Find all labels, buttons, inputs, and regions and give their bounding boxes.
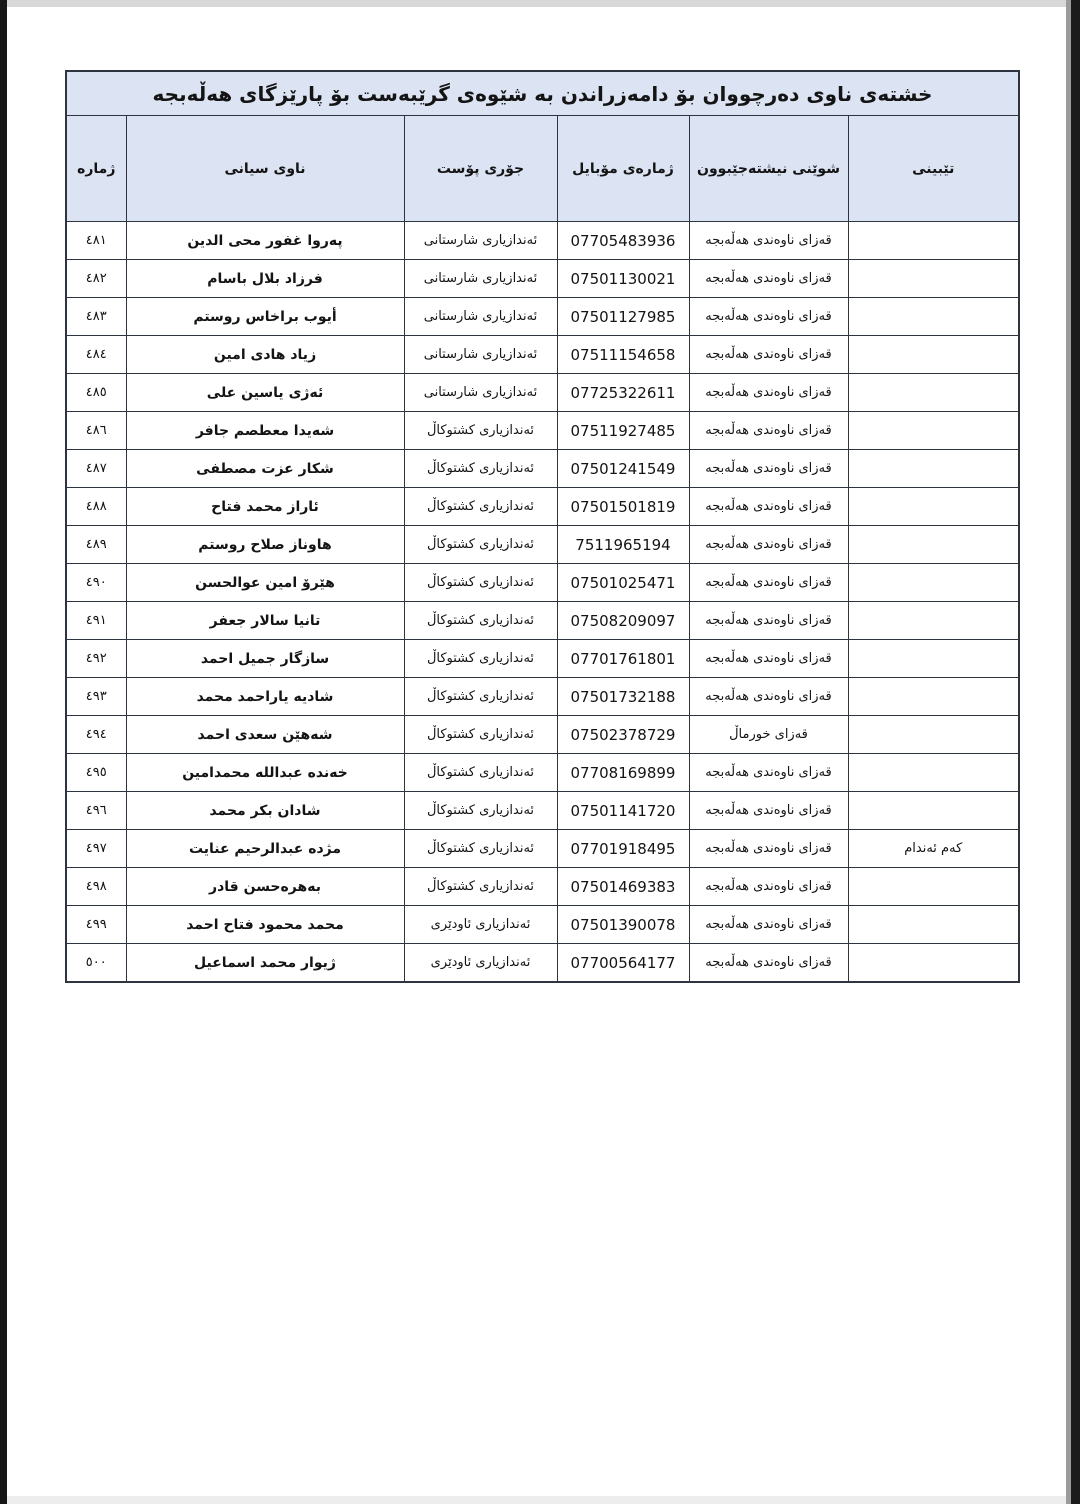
table-row: ٤٩٣ شادیه یاراحمد محمد ئەندازیاری کشتوکا… xyxy=(66,678,1019,716)
page-edge-top xyxy=(0,0,1080,7)
cell-mobile: 07701918495 xyxy=(557,830,689,868)
header-number: ژماره xyxy=(66,116,126,222)
cell-full-name: شادان بکر محمد xyxy=(126,792,404,830)
cell-number: ٤٩١ xyxy=(66,602,126,640)
cell-post-type: ئەندازیاری کشتوکاڵ xyxy=(404,602,557,640)
cell-residence: قەزای ناوەندی هەڵەبجە xyxy=(689,754,848,792)
document-sheet: خشتەی ناوی دەرچووان بۆ دامەزراندن بە شێو… xyxy=(65,70,1018,983)
cell-residence: قەزای ناوەندی هەڵەبجە xyxy=(689,792,848,830)
header-residence: شوێنی نیشتەجێبوون xyxy=(689,116,848,222)
cell-mobile: 7511965194 xyxy=(557,526,689,564)
cell-post-type: ئەندازیاری ئاودێری xyxy=(404,906,557,944)
table-row: ٤٩٨ بەهرەحسن قادر ئەندازیاری کشتوکاڵ 075… xyxy=(66,868,1019,906)
cell-number: ٤٩٩ xyxy=(66,906,126,944)
header-notes: تێبینی xyxy=(848,116,1019,222)
cell-residence: قەزای ناوەندی هەڵەبجە xyxy=(689,830,848,868)
cell-post-type: ئەندازیاری کشتوکاڵ xyxy=(404,792,557,830)
cell-number: ٤٩٧ xyxy=(66,830,126,868)
page-edge-right xyxy=(1071,0,1080,1504)
cell-residence: قەزای ناوەندی هەڵەبجە xyxy=(689,450,848,488)
cell-full-name: شادیه یاراحمد محمد xyxy=(126,678,404,716)
cell-mobile: 07725322611 xyxy=(557,374,689,412)
cell-full-name: ئاراز محمد فتاح xyxy=(126,488,404,526)
header-post-type: جۆری پۆست xyxy=(404,116,557,222)
cell-full-name: هێرۆ امین عوالحسن xyxy=(126,564,404,602)
page-edge-left xyxy=(0,0,7,1504)
cell-post-type: ئەندازیاری کشتوکاڵ xyxy=(404,754,557,792)
cell-note: کەم ئەندام xyxy=(848,830,1019,868)
table-row: ٤٩٢ سازگار جمیل احمد ئەندازیاری کشتوکاڵ … xyxy=(66,640,1019,678)
cell-note xyxy=(848,640,1019,678)
cell-note xyxy=(848,222,1019,260)
cell-post-type: ئەندازیاری شارستانی xyxy=(404,298,557,336)
cell-residence: قەزای ناوەندی هەڵەبجە xyxy=(689,944,848,983)
cell-number: ٤٨٣ xyxy=(66,298,126,336)
table-title: خشتەی ناوی دەرچووان بۆ دامەزراندن بە شێو… xyxy=(66,71,1019,116)
cell-post-type: ئەندازیاری کشتوکاڵ xyxy=(404,678,557,716)
cell-post-type: ئەندازیاری شارستانی xyxy=(404,222,557,260)
cell-residence: قەزای خورماڵ xyxy=(689,716,848,754)
cell-note xyxy=(848,754,1019,792)
table-row: ٤٨٥ ئەژی یاسین علی ئەندازیاری شارستانی 0… xyxy=(66,374,1019,412)
cell-residence: قەزای ناوەندی هەڵەبجە xyxy=(689,298,848,336)
cell-residence: قەزای ناوەندی هەڵەبجە xyxy=(689,374,848,412)
table-row: ٤٨٨ ئاراز محمد فتاح ئەندازیاری کشتوکاڵ 0… xyxy=(66,488,1019,526)
cell-post-type: ئەندازیاری شارستانی xyxy=(404,374,557,412)
table-row: ٤٨٤ زیاد هادی امین ئەندازیاری شارستانی 0… xyxy=(66,336,1019,374)
cell-mobile: 07501732188 xyxy=(557,678,689,716)
table-row: ٤٩٩ محمد محمود فتاح احمد ئەندازیاری ئاود… xyxy=(66,906,1019,944)
cell-residence: قەزای ناوەندی هەڵەبجە xyxy=(689,412,848,450)
cell-number: ٤٨٢ xyxy=(66,260,126,298)
cell-mobile: 07501390078 xyxy=(557,906,689,944)
table-row: ٤٩٠ هێرۆ امین عوالحسن ئەندازیاری کشتوکاڵ… xyxy=(66,564,1019,602)
cell-mobile: 07501127985 xyxy=(557,298,689,336)
cell-residence: قەزای ناوەندی هەڵەبجە xyxy=(689,222,848,260)
cell-number: ٤٩٣ xyxy=(66,678,126,716)
cell-post-type: ئەندازیاری شارستانی xyxy=(404,260,557,298)
cell-residence: قەزای ناوەندی هەڵەبجە xyxy=(689,260,848,298)
cell-number: ٤٩٦ xyxy=(66,792,126,830)
cell-note xyxy=(848,906,1019,944)
cell-note xyxy=(848,450,1019,488)
cell-post-type: ئەندازیاری کشتوکاڵ xyxy=(404,412,557,450)
cell-note xyxy=(848,298,1019,336)
cell-mobile: 07701761801 xyxy=(557,640,689,678)
cell-note xyxy=(848,868,1019,906)
cell-post-type: ئەندازیاری کشتوکاڵ xyxy=(404,640,557,678)
cell-number: ٤٨٧ xyxy=(66,450,126,488)
cell-residence: قەزای ناوەندی هەڵەبجە xyxy=(689,906,848,944)
cell-post-type: ئەندازیاری کشتوکاڵ xyxy=(404,450,557,488)
cell-number: ٤٨٩ xyxy=(66,526,126,564)
cell-full-name: زیاد هادی امین xyxy=(126,336,404,374)
cell-number: ٤٩٢ xyxy=(66,640,126,678)
header-mobile: ژمارەی مۆبایل xyxy=(557,116,689,222)
cell-note xyxy=(848,678,1019,716)
cell-note xyxy=(848,526,1019,564)
cell-full-name: شکار عزت مصطفی xyxy=(126,450,404,488)
cell-mobile: 07501025471 xyxy=(557,564,689,602)
table-body: ٤٨١ پەروا غفور محی الدین ئەندازیاری شارس… xyxy=(66,222,1019,983)
graduates-contract-table: خشتەی ناوی دەرچووان بۆ دامەزراندن بە شێو… xyxy=(65,70,1020,983)
cell-number: ٤٨٥ xyxy=(66,374,126,412)
table-row: ٥٠٠ ژیوار محمد اسماعیل ئەندازیاری ئاودێر… xyxy=(66,944,1019,983)
cell-note xyxy=(848,564,1019,602)
cell-post-type: ئەندازیاری ئاودێری xyxy=(404,944,557,983)
cell-mobile: 07511154658 xyxy=(557,336,689,374)
table-row: ٤٨٢ فرزاد بلال باسام ئەندازیاری شارستانی… xyxy=(66,260,1019,298)
cell-number: ٤٨٦ xyxy=(66,412,126,450)
cell-mobile: 07508209097 xyxy=(557,602,689,640)
table-row: ٤٩٥ خەنده عبدالله محمدامین ئەندازیاری کش… xyxy=(66,754,1019,792)
cell-full-name: ئەژی یاسین علی xyxy=(126,374,404,412)
cell-full-name: سازگار جمیل احمد xyxy=(126,640,404,678)
cell-note xyxy=(848,374,1019,412)
cell-post-type: ئەندازیاری کشتوکاڵ xyxy=(404,868,557,906)
cell-mobile: 07705483936 xyxy=(557,222,689,260)
cell-mobile: 07708169899 xyxy=(557,754,689,792)
cell-number: ٤٨٨ xyxy=(66,488,126,526)
cell-number: ٤٩٥ xyxy=(66,754,126,792)
cell-note xyxy=(848,260,1019,298)
cell-note xyxy=(848,412,1019,450)
table-row: ٤٨٦ شەیدا معطصم جافر ئەندازیاری کشتوکاڵ … xyxy=(66,412,1019,450)
cell-post-type: ئەندازیاری کشتوکاڵ xyxy=(404,564,557,602)
table-row: ٤٩٦ شادان بکر محمد ئەندازیاری کشتوکاڵ 07… xyxy=(66,792,1019,830)
cell-residence: قەزای ناوەندی هەڵەبجە xyxy=(689,602,848,640)
cell-full-name: خەنده عبدالله محمدامین xyxy=(126,754,404,792)
table-row: ٤٨١ پەروا غفور محی الدین ئەندازیاری شارس… xyxy=(66,222,1019,260)
cell-number: ٤٨٤ xyxy=(66,336,126,374)
cell-post-type: ئەندازیاری کشتوکاڵ xyxy=(404,488,557,526)
cell-note xyxy=(848,944,1019,983)
cell-note xyxy=(848,488,1019,526)
cell-number: ٤٩٠ xyxy=(66,564,126,602)
cell-residence: قەزای ناوەندی هەڵەبجە xyxy=(689,488,848,526)
cell-mobile: 07501130021 xyxy=(557,260,689,298)
cell-post-type: ئەندازیاری کشتوکاڵ xyxy=(404,716,557,754)
cell-mobile: 07501469383 xyxy=(557,868,689,906)
cell-full-name: شەیدا معطصم جافر xyxy=(126,412,404,450)
cell-mobile: 07511927485 xyxy=(557,412,689,450)
cell-full-name: بەهرەحسن قادر xyxy=(126,868,404,906)
cell-full-name: فرزاد بلال باسام xyxy=(126,260,404,298)
page-edge-bottom xyxy=(0,1496,1080,1504)
cell-residence: قەزای ناوەندی هەڵەبجە xyxy=(689,526,848,564)
scanned-document-page: { "page": { "title": "خشتەی ناوی دەرچووا… xyxy=(0,0,1080,1504)
cell-residence: قەزای ناوەندی هەڵەبجە xyxy=(689,640,848,678)
table-row: ٤٨٣ أیوب براخاس روستم ئەندازیاری شارستان… xyxy=(66,298,1019,336)
cell-residence: قەزای ناوەندی هەڵەبجە xyxy=(689,336,848,374)
cell-mobile: 07700564177 xyxy=(557,944,689,983)
cell-note xyxy=(848,716,1019,754)
cell-post-type: ئەندازیاری کشتوکاڵ xyxy=(404,830,557,868)
cell-full-name: هاوناز صلاح روستم xyxy=(126,526,404,564)
cell-residence: قەزای ناوەندی هەڵەبجە xyxy=(689,678,848,716)
header-full-name: ناوی سیانی xyxy=(126,116,404,222)
table-row: ٤٨٩ هاوناز صلاح روستم ئەندازیاری کشتوکاڵ… xyxy=(66,526,1019,564)
table-row: ٤٩١ تانیا سالار جعفر ئەندازیاری کشتوکاڵ … xyxy=(66,602,1019,640)
cell-post-type: ئەندازیاری شارستانی xyxy=(404,336,557,374)
table-row: ٤٩٧ مژده عبدالرحیم عنایت ئەندازیاری کشتو… xyxy=(66,830,1019,868)
cell-residence: قەزای ناوەندی هەڵەبجە xyxy=(689,564,848,602)
table-row: ٤٨٧ شکار عزت مصطفی ئەندازیاری کشتوکاڵ 07… xyxy=(66,450,1019,488)
cell-post-type: ئەندازیاری کشتوکاڵ xyxy=(404,526,557,564)
cell-number: ٤٩٨ xyxy=(66,868,126,906)
cell-mobile: 07501501819 xyxy=(557,488,689,526)
table-title-row: خشتەی ناوی دەرچووان بۆ دامەزراندن بە شێو… xyxy=(66,71,1019,116)
cell-mobile: 07502378729 xyxy=(557,716,689,754)
cell-note xyxy=(848,336,1019,374)
cell-full-name: مژده عبدالرحیم عنایت xyxy=(126,830,404,868)
cell-mobile: 07501241549 xyxy=(557,450,689,488)
cell-full-name: شەهێن سعدی احمد xyxy=(126,716,404,754)
cell-full-name: ژیوار محمد اسماعیل xyxy=(126,944,404,983)
cell-note xyxy=(848,792,1019,830)
cell-mobile: 07501141720 xyxy=(557,792,689,830)
table-row: ٤٩٤ شەهێن سعدی احمد ئەندازیاری کشتوکاڵ 0… xyxy=(66,716,1019,754)
table-header-row: ژماره ناوی سیانی جۆری پۆست ژمارەی مۆبایل… xyxy=(66,116,1019,222)
cell-number: ٥٠٠ xyxy=(66,944,126,983)
cell-number: ٤٩٤ xyxy=(66,716,126,754)
cell-full-name: تانیا سالار جعفر xyxy=(126,602,404,640)
cell-full-name: محمد محمود فتاح احمد xyxy=(126,906,404,944)
cell-full-name: پەروا غفور محی الدین xyxy=(126,222,404,260)
cell-number: ٤٨١ xyxy=(66,222,126,260)
cell-residence: قەزای ناوەندی هەڵەبجە xyxy=(689,868,848,906)
cell-full-name: أیوب براخاس روستم xyxy=(126,298,404,336)
cell-note xyxy=(848,602,1019,640)
